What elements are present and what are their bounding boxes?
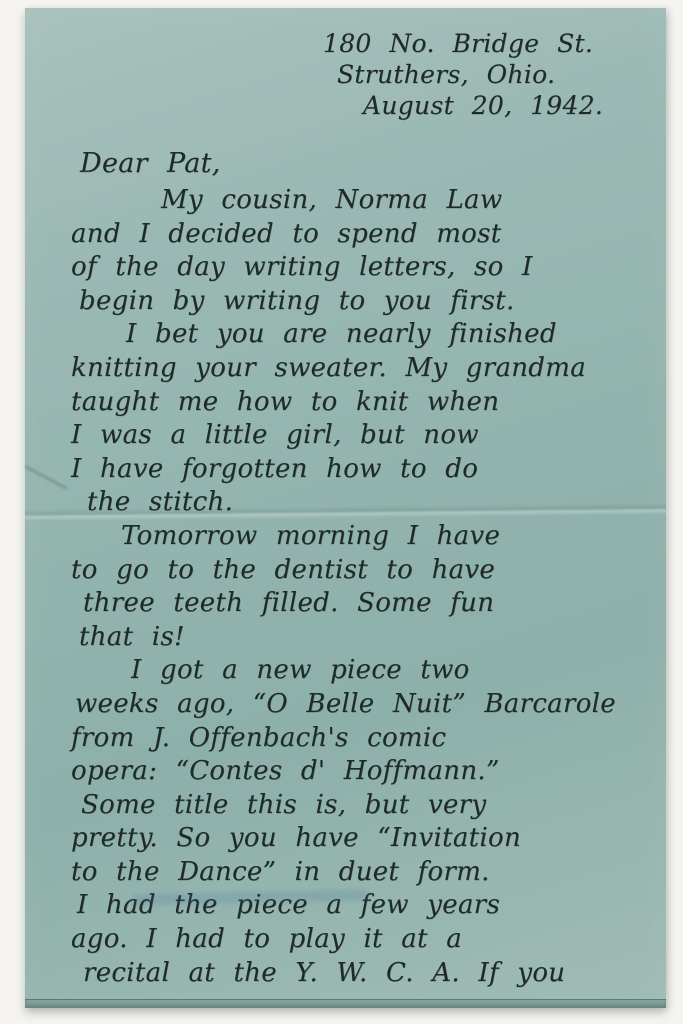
letter-line: of the day writing letters, so I <box>71 251 616 285</box>
letter-line: weeks ago, “O Belle Nuit” Barcarole <box>71 688 616 722</box>
letter-line: taught me how to knit when <box>71 386 616 420</box>
letter-line: pretty. So you have “Invitation <box>71 822 616 856</box>
paper-bottom-fold-edge <box>25 999 666 1008</box>
letter-line: knitting your sweater. My grandma <box>71 352 616 386</box>
letter-line: Struthers, Ohio. <box>323 59 603 90</box>
letter-line: I bet you are nearly finished <box>71 318 616 352</box>
letter-line: 180 No. Bridge St. <box>323 28 603 59</box>
letter-line: recital at the Y. W. C. A. If you <box>71 957 616 991</box>
letter-line: opera: “Contes d' Hoffmann.” <box>71 755 616 789</box>
letter-line: Tomorrow morning I have <box>71 520 616 554</box>
scanned-letter: 180 No. Bridge St.Struthers, Ohio.August… <box>0 0 683 1024</box>
letter-line: I got a new piece two <box>71 654 616 688</box>
letter-line: My cousin, Norma Law <box>71 184 616 218</box>
letter-line: August 20, 1942. <box>323 90 603 121</box>
letter-line: that is! <box>71 621 616 655</box>
letter-heading-address-date: 180 No. Bridge St.Struthers, Ohio.August… <box>323 28 603 121</box>
letter-body: My cousin, Norma Lawand I decided to spe… <box>71 184 616 990</box>
letter-salutation: Dear Pat, <box>80 148 221 179</box>
paper-crease-notch <box>24 465 68 490</box>
letter-line: Some title this is, but very <box>71 789 616 823</box>
letter-line: from J. Offenbach's comic <box>71 722 616 756</box>
letter-line: begin by writing to you first. <box>71 285 616 319</box>
letter-line: to the Dance” in duet form. <box>71 856 616 890</box>
letter-line: I have forgotten how to do <box>71 453 616 487</box>
letter-line: I was a little girl, but now <box>71 419 616 453</box>
letter-line: to go to the dentist to have <box>71 554 616 588</box>
letter-line: three teeth filled. Some fun <box>71 587 616 621</box>
letter-line: and I decided to spend most <box>71 218 616 252</box>
letter-line: ago. I had to play it at a <box>71 923 616 957</box>
letter-paper: 180 No. Bridge St.Struthers, Ohio.August… <box>25 8 666 1008</box>
